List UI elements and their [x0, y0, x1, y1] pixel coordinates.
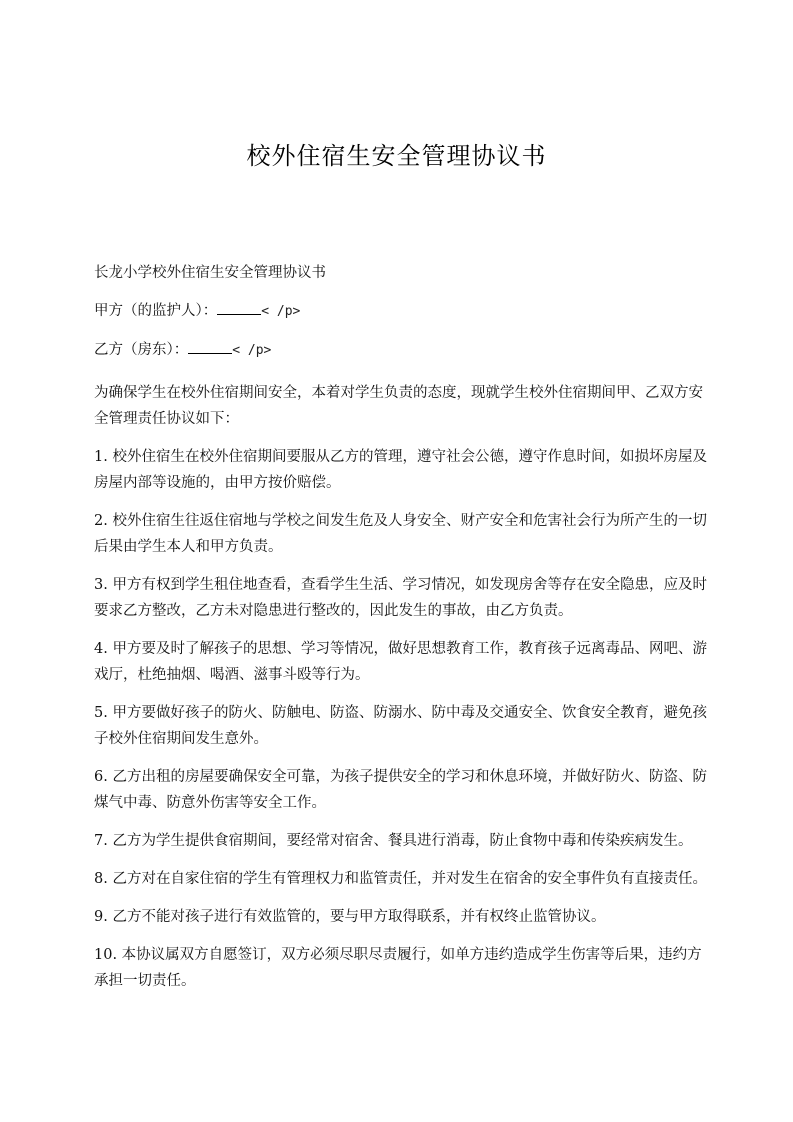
party-a-blank	[217, 298, 261, 315]
clause-2: 2. 校外住宿生往返住宿地与学校之间发生危及人身安全、财产安全和危害社会行为所产…	[94, 508, 714, 560]
party-a-line: 甲方（的监护人）：< /p>	[94, 298, 714, 325]
clause-3: 3. 甲方有权到学生租住地查看，查看学生生活、学习情况，如发现房舍等存在安全隐患…	[94, 572, 714, 624]
clause-10: 10. 本协议属双方自愿签订，双方必须尽职尽责履行，如单方违约造成学生伤害等后果…	[94, 942, 714, 994]
clause-8: 8. 乙方对在自家住宿的学生有管理权力和监管责任，并对发生在宿舍的安全事件负有直…	[94, 866, 714, 892]
party-b-blank	[188, 337, 232, 354]
document-body: 长龙小学校外住宿生安全管理协议书 甲方（的监护人）：< /p> 乙方（房东）：<…	[94, 260, 714, 1006]
party-b-line: 乙方（房东）：< /p>	[94, 337, 714, 364]
document-subtitle: 长龙小学校外住宿生安全管理协议书	[94, 260, 714, 286]
party-a-label: 甲方（的监护人）：	[94, 303, 217, 319]
clause-6: 6. 乙方出租的房屋要确保安全可靠，为孩子提供安全的学习和休息环境，并做好防火、…	[94, 764, 714, 816]
document-title: 校外住宿生安全管理协议书	[0, 136, 793, 171]
clause-5: 5. 甲方要做好孩子的防火、防触电、防盗、防溺水、防中毒及交通安全、饮食安全教育…	[94, 700, 714, 752]
clause-7: 7. 乙方为学生提供食宿期间，要经常对宿舍、餐具进行消毒，防止食物中毒和传染疾病…	[94, 828, 714, 854]
party-a-trailing: < /p>	[261, 304, 300, 319]
clause-4: 4. 甲方要及时了解孩子的思想、学习等情况，做好思想教育工作，教育孩子远离毒品、…	[94, 636, 714, 688]
document-page: 校外住宿生安全管理协议书 长龙小学校外住宿生安全管理协议书 甲方（的监护人）：<…	[0, 0, 793, 1122]
party-b-trailing: < /p>	[232, 343, 271, 358]
clause-1: 1. 校外住宿生在校外住宿期间要服从乙方的管理，遵守社会公德，遵守作息时间，如损…	[94, 444, 714, 496]
clause-9: 9. 乙方不能对孩子进行有效监管的，要与甲方取得联系，并有权终止监管协议。	[94, 904, 714, 930]
party-b-label: 乙方（房东）：	[94, 342, 188, 358]
intro-paragraph: 为确保学生在校外住宿期间安全，本着对学生负责的态度，现就学生校外住宿期间甲、乙双…	[94, 380, 714, 432]
